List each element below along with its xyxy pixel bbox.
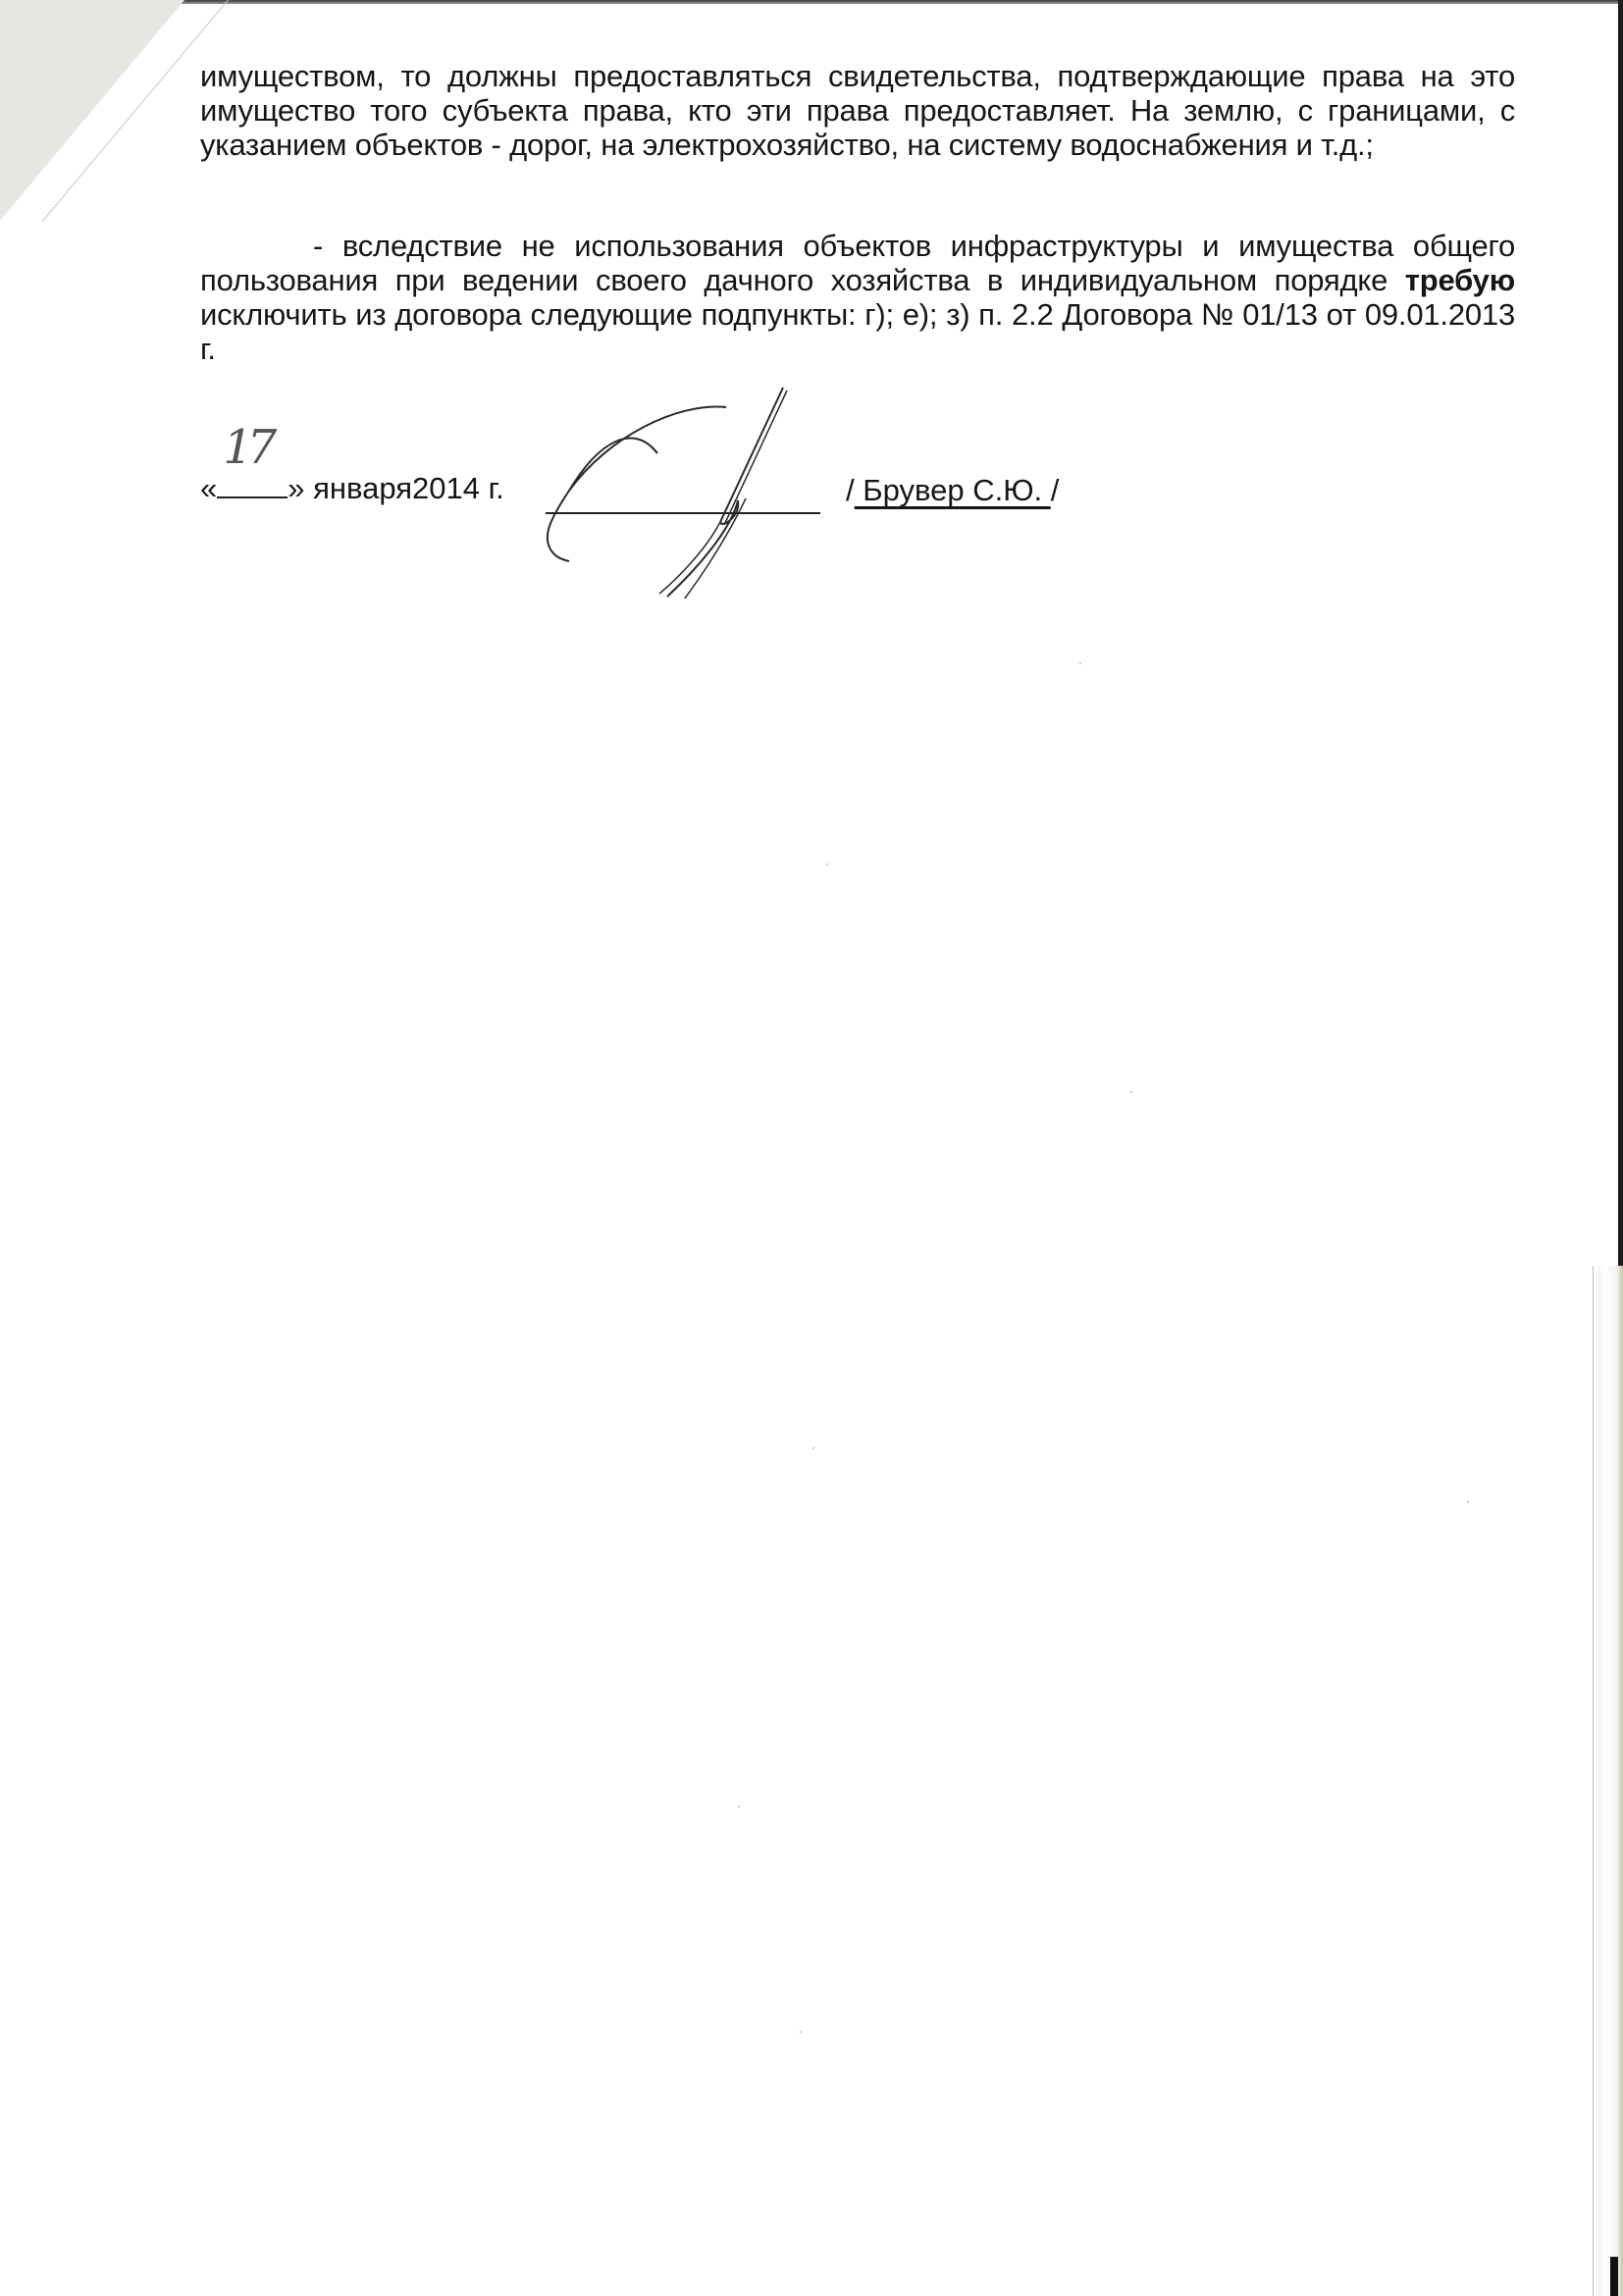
scan-speck [1467,1501,1469,1503]
demand-text-after: исключить из договора следующие подпункт… [200,297,1515,366]
demand-text-before: - вследствие не использования объектов и… [200,229,1515,297]
date-line: «17» января2014 г. [200,469,504,508]
scan-speck [738,1805,740,1807]
scan-right-edge-strip [1593,1266,1623,2296]
date-month-year: » января2014 г. [288,471,504,505]
scan-speck [800,2031,802,2033]
signatory-name-line: / Брувер С.Ю. / [846,471,1059,510]
scan-right-edge-mark [1610,2257,1618,2296]
paragraph-text: имуществом, то должны предоставляться св… [200,59,1515,162]
paragraph-demand: - вследствие не использования объектов и… [200,229,1515,366]
date-day-blank: 17 [217,469,288,498]
demand-keyword: требую [1405,263,1515,297]
signatory-name: Брувер С.Ю. [855,473,1051,507]
name-slash-left: / [846,473,855,507]
name-slash-right: / [1051,473,1060,507]
handwritten-signature [530,383,844,599]
scan-speck [1130,1091,1132,1093]
handwritten-day: 17 [223,428,271,467]
scan-top-edge [0,0,1623,4]
scan-speck [826,863,828,865]
scan-speck [812,1447,814,1449]
scan-right-edge [1618,0,1623,1266]
paragraph-text: - вследствие не использования объектов и… [200,229,1515,366]
scan-speck [1079,662,1081,664]
folded-corner [0,0,184,221]
paragraph-property-rights: имуществом, то должны предоставляться св… [200,59,1515,162]
open-quote: « [200,471,217,505]
